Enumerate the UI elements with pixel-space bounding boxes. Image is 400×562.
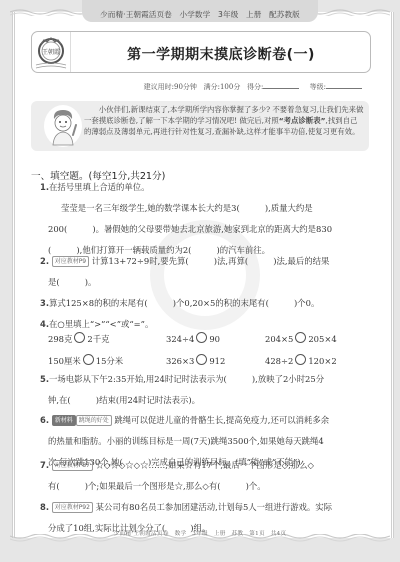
- logo-emblem-icon: 王朝霞: [32, 32, 70, 72]
- textbook-ref-tag: 对应教材P9: [52, 256, 89, 267]
- intro-text: 小伙伴们,新课结束了,本学期所学内容你掌握了多少? 不要着急复习,让我们先来做一…: [84, 104, 364, 138]
- topic-tag: 跳绳的好处: [76, 415, 112, 426]
- textbook-ref-tag: 对应教材P87: [52, 460, 93, 471]
- compare-circle[interactable]: [74, 332, 85, 343]
- question-1: 1.在括号里填上合适的单位。 莹莹是一名三年级学生,她的数学课本长大约是3( )…: [40, 177, 366, 261]
- score-field[interactable]: [263, 88, 299, 89]
- grade-field[interactable]: [326, 88, 362, 89]
- exam-title: 第一学期期末摸底诊断卷(一): [72, 44, 370, 64]
- compare-item: 324÷490: [166, 332, 220, 344]
- publisher-logo: 王朝霞: [32, 32, 71, 72]
- compare-circle[interactable]: [295, 332, 306, 343]
- series-header-tab: 少而精·王朝霞活页卷 小学数学 3年级 上册 配苏教版: [82, 0, 318, 22]
- question-7: 7. 对应教材P87 ☆◇☆◇☆◇☆……,如果☆有17个,最后一个图形是◇,那么…: [40, 455, 366, 497]
- grade-label: 等级:: [310, 83, 326, 91]
- suggested-time: 建议用时:90分钟: [144, 83, 197, 91]
- compare-item: 204×5205×4: [265, 332, 337, 344]
- title-box: 王朝霞 第一学期期末摸底诊断卷(一): [31, 31, 371, 73]
- compare-item: 428÷2120×2: [265, 354, 337, 366]
- svg-text:王朝霞: 王朝霞: [42, 48, 60, 56]
- compare-circle[interactable]: [196, 354, 207, 365]
- exam-meta: 建议用时:90分钟 满分:100分 得分: 等级:: [144, 82, 370, 92]
- compare-circle[interactable]: [196, 332, 207, 343]
- full-score: 满分:100分: [204, 83, 241, 91]
- compare-circle[interactable]: [83, 354, 94, 365]
- intro-box: 小伙伴们,新课结束了,本学期所学内容你掌握了多少? 不要着急复习,让我们先来做一…: [31, 101, 369, 151]
- textbook-ref-tag: 对应教材P92: [52, 502, 93, 513]
- compare-circle[interactable]: [295, 354, 306, 365]
- page-footer: 少而精·王朝霞活页卷 数学 3年级 上册 苏教 第1页 共4页: [0, 529, 400, 537]
- score-label: 得分:: [247, 83, 263, 91]
- diagnosis-table-highlight: “考点诊断表”: [279, 116, 326, 125]
- question-2: 2. 对应教材P9 计算13+72÷9时,要先算( )法,再算( )法,最后的结…: [40, 251, 366, 293]
- series-label: 少而精·王朝霞活页卷 小学数学 3年级 上册 配苏教版: [100, 10, 300, 19]
- compare-item: 150厘米15分米: [48, 354, 123, 367]
- new-material-tag: 新材料: [52, 415, 76, 426]
- question-5: 5.一场电影从下午2:35开始,用24时记时法表示为( ),放映了2小时25分 …: [40, 369, 366, 411]
- compare-item: 298克2千克: [48, 332, 109, 345]
- compare-item: 326×3912: [166, 354, 225, 366]
- avatar: [44, 105, 82, 147]
- question-3: 3.算式125×8的积的末尾有( )个0,20×5的积的末尾有( )个0。: [40, 293, 366, 314]
- boy-illustration-icon: [44, 105, 82, 147]
